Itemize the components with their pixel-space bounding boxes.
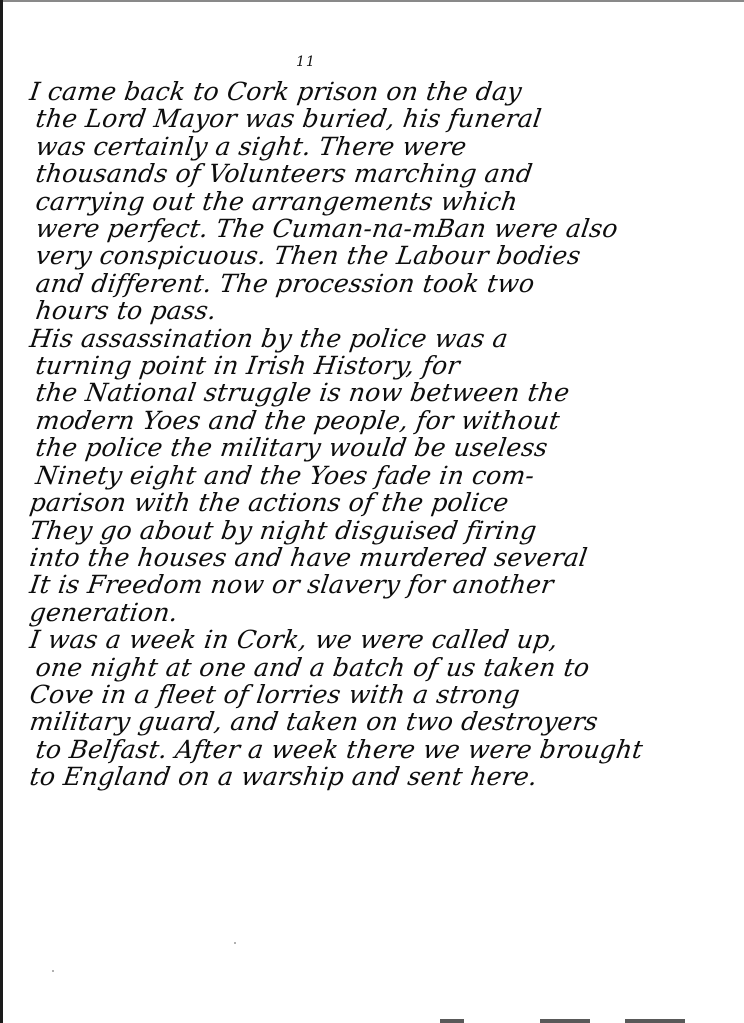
text-line: I was a week in Cork, we were called up, <box>28 626 672 653</box>
scan-artifact <box>625 1019 685 1023</box>
text-line: the National struggle is now between the <box>28 379 672 406</box>
text-line: to England on a warship and sent here. <box>28 763 672 790</box>
text-line: carrying out the arrangements which <box>28 188 672 215</box>
paragraph-3: I was a week in Cork, we were called up,… <box>28 626 668 790</box>
scan-speck <box>52 970 54 972</box>
text-line: Ninety eight and the Yoes fade in com- <box>28 462 672 489</box>
text-line: to Belfast. After a week there we were b… <box>28 736 672 763</box>
scan-top-edge <box>0 0 744 2</box>
text-line: turning point in Irish History, for <box>28 352 672 379</box>
text-line: military guard, and taken on two destroy… <box>28 708 672 735</box>
paragraph-2: His assassination by the police was a tu… <box>28 325 668 626</box>
text-line: were perfect. The Cuman-na-mBan were als… <box>28 215 672 242</box>
text-line: the police the military would be useless <box>28 434 672 461</box>
text-line: the Lord Mayor was buried, his funeral <box>28 105 672 132</box>
text-line: hours to pass. <box>28 297 672 324</box>
scan-artifact <box>440 1019 464 1023</box>
text-line: was certainly a sight. There were <box>28 133 672 160</box>
text-line: thousands of Volunteers marching and <box>28 160 672 187</box>
text-line: Cove in a fleet of lorries with a strong <box>28 681 672 708</box>
text-line: His assassination by the police was a <box>28 325 672 352</box>
text-line: very conspicuous. Then the Labour bodies <box>28 242 672 269</box>
text-line: generation. <box>28 599 672 626</box>
scan-left-edge <box>0 0 3 1023</box>
text-line: into the houses and have murdered severa… <box>28 544 672 571</box>
text-line: I came back to Cork prison on the day <box>28 78 672 105</box>
text-line: and different. The procession took two <box>28 270 672 297</box>
scan-artifact <box>540 1019 590 1023</box>
paragraph-1: I came back to Cork prison on the day th… <box>28 78 668 325</box>
text-line: They go about by night disguised firing <box>28 517 672 544</box>
handwritten-text: I came back to Cork prison on the day th… <box>28 78 668 791</box>
text-line: parison with the actions of the police <box>28 489 672 516</box>
document-page: 11 I came back to Cork prison on the day… <box>0 0 744 1023</box>
page-number: 11 <box>296 54 316 70</box>
text-line: one night at one and a batch of us taken… <box>28 654 672 681</box>
text-line: It is Freedom now or slavery for another <box>28 571 672 598</box>
scan-speck <box>234 942 236 944</box>
text-line: modern Yoes and the people, for without <box>28 407 672 434</box>
